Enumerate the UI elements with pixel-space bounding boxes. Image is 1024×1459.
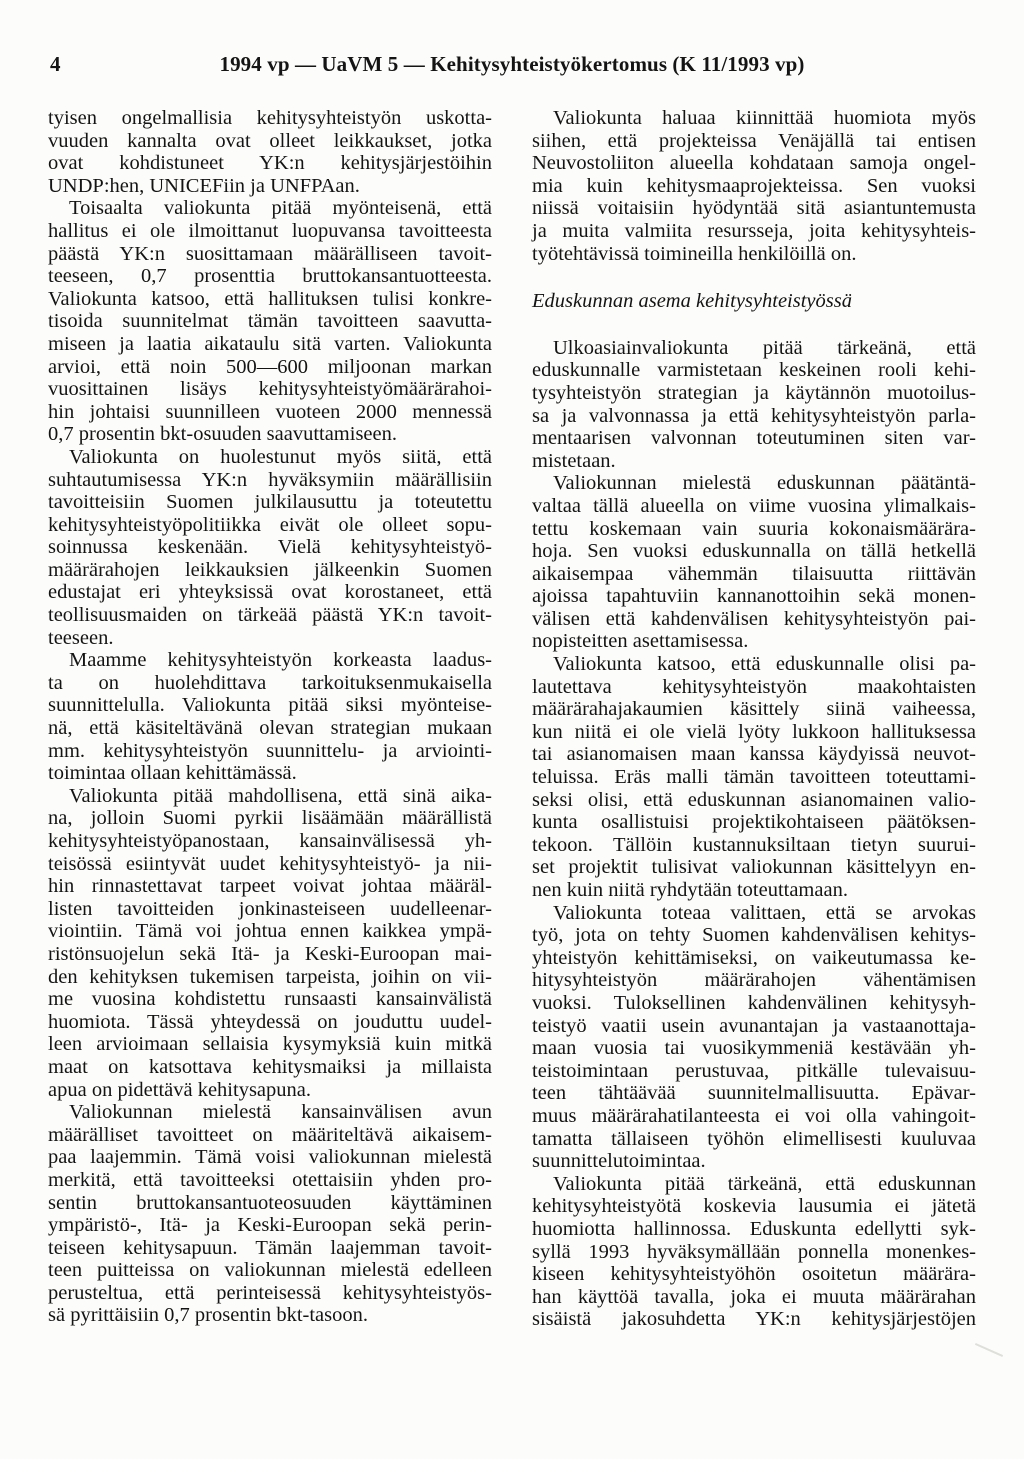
text-line: Valiokunta pitää mahdollisena, että sinä… — [48, 785, 492, 808]
text-line: kehitysyhteistyötä koskevia lausumia ei … — [532, 1195, 976, 1218]
text-line: Valiokunta katsoo, että hallituksen tuli… — [48, 288, 492, 311]
text-line: Toisaalta valiokunta pitää myönteisenä, … — [48, 197, 492, 220]
text-line: Maamme kehitysyhteistyön korkeasta laadu… — [48, 649, 492, 672]
text-line: maan vuosia tai vuosikymmeniä kestävään … — [532, 1037, 976, 1060]
text-line: paa laajemmin. Tämä voisi valiokunnan mi… — [48, 1146, 492, 1169]
paragraph: Valiokunta haluaa kiinnittää huomiota my… — [532, 107, 976, 265]
text-line: hitysyhteistyön määrärahojen vähentämise… — [532, 969, 976, 992]
text-line: välisen että kahdenvälisen kehitysyhteis… — [532, 608, 976, 631]
paragraph: Valiokunnan mielestä kansainvälisen avun… — [48, 1101, 492, 1327]
text-line: päästä YK:n suosittamaan määrälliseen ta… — [48, 243, 492, 266]
text-line: syllä 1993 hyväksymällään ponnella monen… — [532, 1241, 976, 1264]
text-line: siihen, että projekteissa Venäjällä tai … — [532, 130, 976, 153]
text-line: Valiokunta pitää tärkeänä, että eduskunn… — [532, 1173, 976, 1196]
text-line: mistetaan. — [532, 450, 976, 473]
document-page: 4 1994 vp — UaVM 5 — Kehitysyhteistyöker… — [0, 0, 1024, 1459]
text-line: teeseen. — [48, 627, 492, 650]
text-line: vuuden kannalta ovat olleet leikkaukset,… — [48, 130, 492, 153]
text-line: tyisen ongelmallisia kehitysyhteistyön u… — [48, 107, 492, 130]
section-heading: Eduskunnan asema kehitysyhteistyössä — [532, 290, 976, 313]
text-line: määrälliset tavoitteet on määriteltävä a… — [48, 1124, 492, 1147]
text-line: teiseen kehitysapuun. Tämän laajemman ta… — [48, 1237, 492, 1260]
page-header: 4 1994 vp — UaVM 5 — Kehitysyhteistyöker… — [48, 52, 976, 76]
paragraph: Valiokunta pitää mahdollisena, että sinä… — [48, 785, 492, 1101]
text-line: mia kuin kehitysmaaprojekteissa. Sen vuo… — [532, 175, 976, 198]
text-line: sä pyrittäisiin 0,7 prosentin bkt-tasoon… — [48, 1304, 492, 1327]
text-line: toimintaa ollaan kehittämässä. — [48, 762, 492, 785]
text-line: ta on huolehdittava tarkoituksenmukaisel… — [48, 672, 492, 695]
text-line: suunnittelutoimintaa. — [532, 1150, 976, 1173]
text-line: kehitysyhteistyöpanostaan, kansainvälise… — [48, 830, 492, 853]
text-line: tamatta tällaiseen työhön elimellisesti … — [532, 1128, 976, 1151]
page-number: 4 — [50, 52, 61, 77]
text-line: sa ja valvonnassa ja että kehitysyhteist… — [532, 405, 976, 428]
text-line: Valiokunta haluaa kiinnittää huomiota my… — [532, 107, 976, 130]
text-line: tisoida suunnitelmat tämän tavoitteen sa… — [48, 310, 492, 333]
text-line: sisäistä jakosuhdetta YK:n kehitysjärjes… — [532, 1308, 976, 1331]
text-line: kiseen kehitysyhteistyöhön osoitetun mää… — [532, 1263, 976, 1286]
text-line: UNDP:hen, UNICEFiin ja UNFPAan. — [48, 175, 492, 198]
paragraph: Maamme kehitysyhteistyön korkeasta laadu… — [48, 649, 492, 785]
text-line: valtaa tällä alueella on viime vuosina y… — [532, 495, 976, 518]
text-line: ympäristö-, Itä- ja Keski-Euroopan sekä … — [48, 1214, 492, 1237]
text-line: hoja. Sen vuoksi eduskunnalla on tällä h… — [532, 540, 976, 563]
paragraph: Toisaalta valiokunta pitää myönteisenä, … — [48, 197, 492, 446]
text-line: nopisteitten asettamisessa. — [532, 630, 976, 653]
text-line: hallitus ei ole ilmoittanut luopuvansa t… — [48, 220, 492, 243]
text-line: teisössä esiintyvät uudet kehitysyhteist… — [48, 853, 492, 876]
text-line: seksi olisi, että eduskunnan asianomaine… — [532, 789, 976, 812]
text-line: Valiokunta toteaa valittaen, että se arv… — [532, 902, 976, 925]
text-line: suhtautumisessa YK:n hyväksymiin määräll… — [48, 469, 492, 492]
text-line: tekoon. Tällöin kustannuksiltaan tietyn … — [532, 834, 976, 857]
text-line: tai asianomaisen maan kanssa käydyissä n… — [532, 743, 976, 766]
text-line: niissä voitaisiin hyödyntää sitä asiantu… — [532, 197, 976, 220]
text-line: vuoksi. Tuloksellinen kahdenvälinen kehi… — [532, 992, 976, 1015]
text-line: na, jolloin Suomi pyrkii lisäämään määrä… — [48, 807, 492, 830]
text-line: huomiotta hallinnossa. Eduskunta edellyt… — [532, 1218, 976, 1241]
page-title: 1994 vp — UaVM 5 — Kehitysyhteistyökerto… — [48, 52, 976, 77]
text-line: ja muita valmiita resursseja, joita kehi… — [532, 220, 976, 243]
text-line: lautettava kehitysyhteistyön maakohtaist… — [532, 676, 976, 699]
text-line: merkitä, että tavoitteeksi otettaisiin y… — [48, 1169, 492, 1192]
text-line: teen puitteissa on valiokunnan mielestä … — [48, 1259, 492, 1282]
text-line: nen kuin niitä ryhdytään toteuttamaan. — [532, 879, 976, 902]
right-column: Valiokunta haluaa kiinnittää huomiota my… — [532, 107, 976, 1331]
text-line: nä, että käsiteltävänä olevan strategian… — [48, 717, 492, 740]
text-line: ovat kohdistuneet YK:n kehitysjärjestöih… — [48, 152, 492, 175]
left-column: tyisen ongelmallisia kehitysyhteistyön u… — [48, 107, 492, 1331]
text-line: maat on katsottava kehitysmaiksi ja mill… — [48, 1056, 492, 1079]
paragraph: tyisen ongelmallisia kehitysyhteistyön u… — [48, 107, 492, 197]
text-line: vuosittainen lisäys kehitysyhteistyömäär… — [48, 378, 492, 401]
text-line: edustajat eri yhteyksissä ovat korostane… — [48, 581, 492, 604]
text-line: arvioi, että noin 500—600 miljoonan mark… — [48, 356, 492, 379]
text-line: tavoitteisiin Suomen julkilausuttu ja to… — [48, 491, 492, 514]
text-line: teen tähtäävää suunnitelmallisuutta. Epä… — [532, 1082, 976, 1105]
text-line: määrärahojen leikkauksien jälkeenkin Suo… — [48, 559, 492, 582]
text-line: teluissa. Eräs malli tämän tavoitteen to… — [532, 766, 976, 789]
text-line: määrärahajakaumien käsittely siinä vaihe… — [532, 698, 976, 721]
text-line: Ulkoasiainvaliokunta pitää tärkeänä, ett… — [532, 337, 976, 360]
text-line: Valiokunnan mielestä eduskunnan päätäntä… — [532, 472, 976, 495]
text-line: aikaisempaa vähemmän tilaisuutta riittäv… — [532, 563, 976, 586]
text-line: teollisuusmaiden on tärkeää päästä YK:n … — [48, 604, 492, 627]
text-line: teistoimintaan perustuvaa, pitkälle tule… — [532, 1060, 976, 1083]
text-line: sentin bruttokansantuoteosuuden käyttämi… — [48, 1192, 492, 1215]
text-line: leen arvioimaan sellaisia kysymyksiä kui… — [48, 1033, 492, 1056]
text-line: tettu koskemaan vain suuria kokonaismäär… — [532, 518, 976, 541]
paragraph: Valiokunta pitää tärkeänä, että eduskunn… — [532, 1173, 976, 1331]
paragraph: Valiokunta toteaa valittaen, että se arv… — [532, 902, 976, 1173]
scan-artifact-mark — [975, 1343, 1003, 1357]
text-line: ristönsuojelun sekä Itä- ja Keski-Euroop… — [48, 943, 492, 966]
paragraph: Ulkoasiainvaliokunta pitää tärkeänä, ett… — [532, 337, 976, 473]
text-line: Valiokunta katsoo, että eduskunnalle oli… — [532, 653, 976, 676]
text-line: hin rinnastettavat tarpeet voivat johtaa… — [48, 875, 492, 898]
text-line: teeseen, 0,7 prosenttia bruttokansantuot… — [48, 265, 492, 288]
paragraph: Valiokunta on huolestunut myös siitä, et… — [48, 446, 492, 649]
text-line: huomiota. Tässä yhteydessä on jouduttu u… — [48, 1011, 492, 1034]
text-line: mentaarisen valvonnan toteutuminen siten… — [532, 427, 976, 450]
text-line: 0,7 prosentin bkt-osuuden saavuttamiseen… — [48, 423, 492, 446]
text-line: kunta osallistuisi projektikohtaiseen pä… — [532, 811, 976, 834]
text-line: mm. kehitysyhteistyön suunnittelu- ja ar… — [48, 740, 492, 763]
text-line: yhteistyön kehittämiseksi, on vaikeutuma… — [532, 947, 976, 970]
text-line: miseen ja laatia aikataulu sitä varten. … — [48, 333, 492, 356]
text-line: Neuvostoliiton alueella kohdataan samoja… — [532, 152, 976, 175]
text-line: Valiokunta on huolestunut myös siitä, et… — [48, 446, 492, 469]
text-line: muus määrärahatilanteesta ei voi olla va… — [532, 1105, 976, 1128]
text-line: ajoissa tapahtuviin kannanottoihin sekä … — [532, 585, 976, 608]
text-line: kun niitä ei ole vielä lyöty lukkoon hal… — [532, 721, 976, 744]
text-line: teistyö vaatii usein avunantajan ja vast… — [532, 1015, 976, 1038]
paragraph: Valiokunnan mielestä eduskunnan päätäntä… — [532, 472, 976, 653]
text-line: työtehtävissä toimineilla henkilöillä on… — [532, 243, 976, 266]
text-line: han käyttöä tavalla, joka ei muuta määrä… — [532, 1286, 976, 1309]
text-line: soinnussa keskenään. Vielä kehitysyhteis… — [48, 536, 492, 559]
text-line: listen tavoitteiden jonkinasteiseen uude… — [48, 898, 492, 921]
text-line: perusteltua, että perinteisessä kehitysy… — [48, 1282, 492, 1305]
text-line: den kehityksen tukemisen tarpeista, joih… — [48, 966, 492, 989]
text-line: tysyhteistyön strategian ja käytännön mu… — [532, 382, 976, 405]
text-line: set projektit tulisivat valiokunnan käsi… — [532, 856, 976, 879]
text-line: suunnittelulla. Valiokunta pitää siksi m… — [48, 694, 492, 717]
text-line: me vuosina kohdistettu runsaasti kansain… — [48, 988, 492, 1011]
text-line: apua on pidettävä kehitysapuna. — [48, 1079, 492, 1102]
text-line: viointiin. Tämä voi johtua ennen kaikkea… — [48, 920, 492, 943]
text-line: työ, jota on tehty Suomen kahdenvälisen … — [532, 924, 976, 947]
paragraph: Valiokunta katsoo, että eduskunnalle oli… — [532, 653, 976, 902]
text-line: kehitysyhteistyöpolitiikka eivät ole oll… — [48, 514, 492, 537]
text-line: eduskunnalle varmistetaan keskeinen rool… — [532, 359, 976, 382]
text-line: Valiokunnan mielestä kansainvälisen avun — [48, 1101, 492, 1124]
text-columns: tyisen ongelmallisia kehitysyhteistyön u… — [48, 107, 976, 1331]
text-line: hin johtaisi suunnilleen vuoteen 2000 me… — [48, 401, 492, 424]
